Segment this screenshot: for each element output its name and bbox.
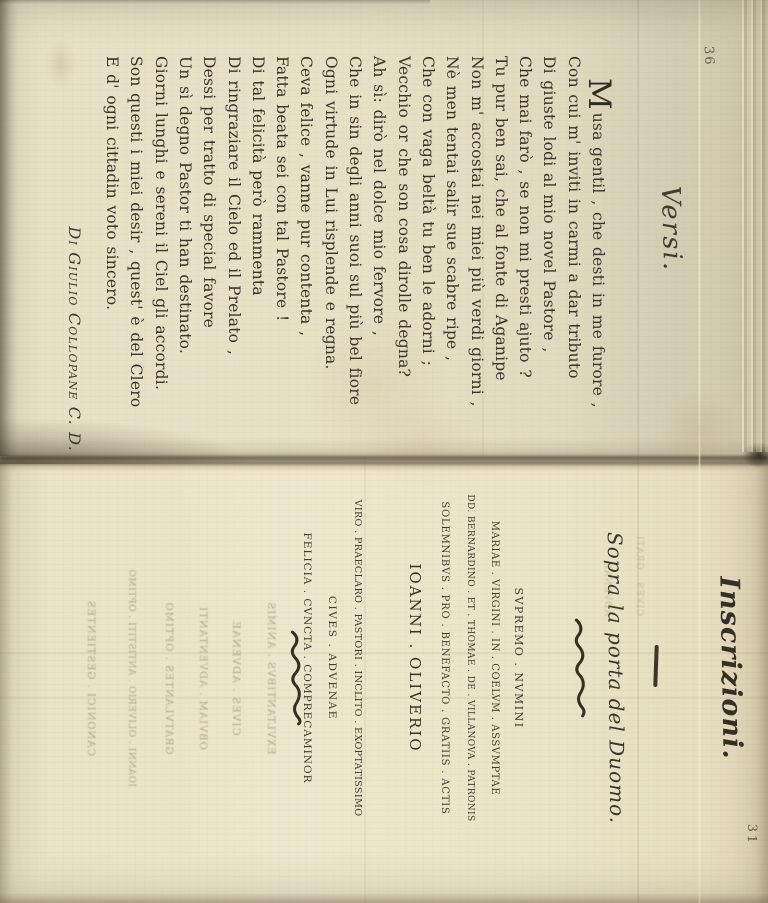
page-top: 36 Versi. Musa gentil , che desti in me … — [0, 0, 768, 458]
bleedthrough-line: OBVIAM . ADVENTANTI — [197, 458, 208, 898]
poem-line-first-text: usa gentil , che desti in me furore , — [589, 113, 607, 408]
drop-cap: M — [591, 67, 607, 110]
poem-line: Con cui m' inviti in carmi a dar tributo — [561, 56, 585, 448]
poem-line: Ceva felice , vanne pur contenta , — [294, 56, 318, 448]
poem-lines: Con cui m' inviti in carmi a dar tributo… — [100, 56, 586, 448]
bleedthrough-line: CIVES . ADVENAE — [230, 458, 242, 898]
bleedthrough-line: EXVLTANTIBVS . ANIMIS — [265, 458, 276, 898]
poem-line: Vecchio or che son cosa dirolle degna? — [391, 56, 415, 448]
poem-line: Che con vaga beltà tu ben le adorni ; — [416, 56, 440, 448]
bleedthrough-line: GRATVLANTES . OPTIMO — [163, 458, 174, 898]
poem-line: Ah sì: dirò nel dolce mio fervore , — [367, 56, 391, 448]
page-top-content: 36 Versi. Musa gentil , che desti in me … — [0, 0, 768, 458]
poem: Musa gentil , che desti in me furore , C… — [100, 56, 610, 448]
poem-line: Che in sin degli anni suoi sul più bel f… — [343, 56, 367, 448]
poem-line: Di ringraziare il Cielo ed il Prelato , — [221, 56, 245, 448]
poem-line: Giorni lunghi e sereni il Ciel gli accor… — [148, 56, 172, 448]
poem-line: E d' ogni cittadin voto sincero. — [100, 56, 124, 448]
bleedthrough-line: ADVENAE — [602, 466, 612, 616]
poem-attribution: Di Giulio Collopane C. D. — [65, 140, 84, 452]
poem-line: Fatta beata sei con tal Pastore ! — [270, 56, 294, 448]
poem-line: Di giuste lodi al mio novel Pastore , — [537, 56, 561, 448]
page-number-36: 36 — [701, 46, 717, 67]
page-bottom-content: 31 Inscrizioni. Sopra la porta del Duomo… — [0, 458, 768, 903]
bleedthrough-line: CANONICI . GESTIENTES — [85, 458, 96, 898]
bleedthrough-line: CIVES . GRATI — [634, 466, 644, 616]
poem-line: Di tal felicità però rammenta — [246, 56, 270, 448]
poem-line: Ogni virtude in Lui risplende e regna. — [318, 56, 342, 448]
bleedthrough-text: EXVLTANTIBVS . ANIMISCIVES . ADVENAEOBVI… — [0, 458, 768, 903]
bleedthrough-line: IOANNI . OLIVERIO . ANTISTITI . OPTIMO — [126, 458, 136, 898]
poem-line-first: Musa gentil , che desti in me furore , — [586, 56, 610, 448]
poem-line: Dessi per tratto di special favore — [197, 56, 221, 448]
poem-line: Che mai farò , se non mi presti ajuto ? — [513, 56, 537, 448]
book-scan: 36 Versi. Musa gentil , che desti in me … — [0, 0, 768, 903]
bleedthrough-header: CIVES . GRATIADVENAE — [602, 466, 644, 616]
poem-line: Tu pur ben sai, che al fonte di Aganipe — [489, 56, 513, 448]
poem-line: Non m' accostai nei miei più verdi giorn… — [464, 56, 488, 448]
poem-line: Un sì degno Pastor ti han destinato. — [173, 56, 197, 448]
poem-line: Son questi i miei desir , quest' è del C… — [124, 56, 148, 448]
page-bottom: 31 Inscrizioni. Sopra la porta del Duomo… — [0, 458, 768, 903]
poem-title: Versi. — [650, 0, 692, 458]
poem-line: Nè men tentai salir sue scabre ripe , — [440, 56, 464, 448]
